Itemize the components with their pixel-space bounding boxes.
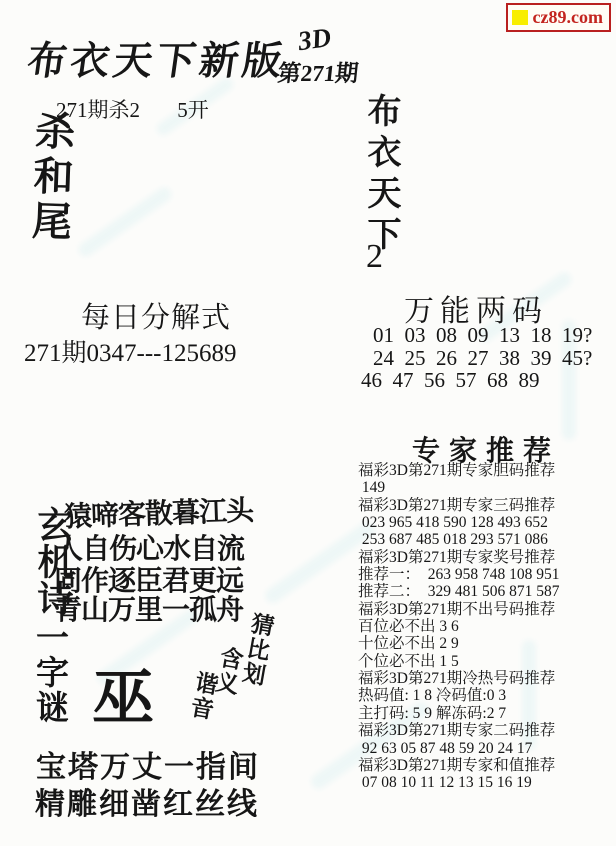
site-logo[interactable]: cz89.com [506, 3, 611, 32]
logo-text: cz89.com [533, 7, 603, 28]
bottom-couplet-line: 精雕细凿红丝线 [35, 779, 259, 823]
daily-decomposition-title: 每日分解式 [81, 295, 231, 336]
riddle-label: 一字谜 [26, 620, 73, 725]
expert-line: 百位必不出 3 6 [358, 618, 616, 635]
expert-line: 149 [358, 479, 616, 496]
expert-line: 023 965 418 590 128 493 652 [358, 514, 616, 531]
expert-line: 十位必不出 2 9 [358, 635, 616, 652]
expert-line: 主打码: 5 9 解冻码:2 7 [358, 705, 616, 722]
watermark [76, 185, 174, 260]
vertical-brand: 布衣天下 [356, 93, 405, 257]
vertical-brand-number: 2 [366, 238, 383, 276]
two-codes-grid: 01 03 08 09 13 18 19? 24 25 26 27 38 39 … [361, 324, 592, 392]
expert-line: 福彩3D第271期专家胆码推荐 [358, 462, 616, 479]
daily-decomposition-formula: 271期0347---125689 [24, 333, 236, 369]
expert-line: 福彩3D第271期专家三码推荐 [358, 497, 616, 514]
poem-line: 青山万里一孤舟 [54, 588, 243, 628]
expert-line: 福彩3D第271期冷热号码推荐 [358, 670, 616, 687]
two-codes-row: 46 47 56 57 68 89 [361, 369, 592, 392]
kill-right: 5开 [177, 98, 209, 122]
sheet-title: 布衣天下新版 [24, 30, 290, 86]
expert-recommend-list: 福彩3D第271期专家胆码推荐 149 福彩3D第271期专家三码推荐 023 … [358, 462, 616, 792]
logo-square-icon [512, 10, 528, 25]
two-codes-row: 24 25 26 27 38 39 45? [361, 347, 592, 370]
expert-line: 92 63 05 87 48 59 20 24 17 [358, 740, 616, 757]
expert-line: 253 687 485 018 293 571 086 [358, 531, 616, 548]
game-label: 3D [296, 22, 333, 57]
expert-line: 推荐一： 263 958 748 108 951 [358, 566, 616, 583]
expert-line: 福彩3D第271期专家奖号推荐 [358, 549, 616, 566]
two-codes-row: 01 03 08 09 13 18 19? [361, 324, 592, 347]
expert-line: 福彩3D第271期专家和值推荐 [358, 757, 616, 774]
expert-line: 个位必不出 1 5 [358, 653, 616, 670]
expert-line: 福彩3D第271期专家二码推荐 [358, 722, 616, 739]
riddle-hint: 谐音 [182, 669, 223, 724]
riddle-character: 巫 [92, 648, 154, 737]
vertical-kill-sum-tail: 杀和尾 [20, 109, 82, 246]
expert-line: 推荐二： 329 481 506 871 587 [358, 583, 616, 600]
issue-label: 第271期 [276, 55, 360, 88]
expert-line: 07 08 10 11 12 13 15 16 19 [358, 774, 616, 791]
lottery-tip-sheet: cz89.com 布衣天下新版 3D 第271期 271期杀2 5开 杀和尾 布… [0, 0, 616, 846]
expert-line: 热码值: 1 8 冷码值:0 3 [358, 687, 616, 704]
expert-line: 福彩3D第271期不出号码推荐 [358, 601, 616, 618]
